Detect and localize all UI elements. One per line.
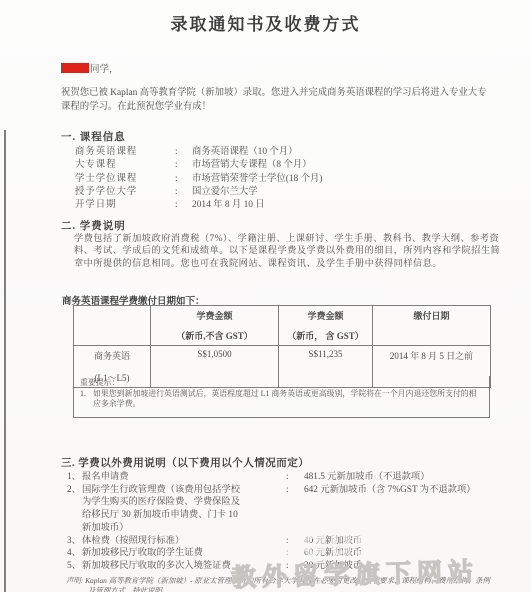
course-row-english: 商务英语课程 : 商务英语课程（10 个月） xyxy=(75,146,495,159)
course-info-list: 商务英语课程 : 商务英语课程（10 个月） 大专课程 : 市场营销大专课程（8… xyxy=(75,146,495,212)
course-row-colon: : xyxy=(175,199,192,212)
watermark-slogan-text: 教外留学旗下网站 xyxy=(231,552,480,592)
tuition-description: 学费包括了新加坡政府消费税（7%）、学籍注册、上课研讨、学生手册、教科书、教学大… xyxy=(74,232,510,269)
header-fee-incl-line2: （新币， 含 GST） xyxy=(281,329,370,342)
note-number: 1. xyxy=(80,389,93,410)
course-row-diploma: 大专课程 : 市场营销大专课程（8 个月） xyxy=(75,159,495,172)
redacted-student-name xyxy=(61,63,89,73)
scan-edge-line xyxy=(4,130,6,592)
intro-line-1: 祝贺您已被 Kaplan 高等教育学院（新加坡）录取。您进入并完成商务英语课程的… xyxy=(61,86,523,100)
course-row-value: 市场营销大专课程（8 个月） xyxy=(192,159,312,172)
course-row-colon: : xyxy=(175,186,192,199)
note-item-1: 1. 如果您到新加坡进行英语测试后，英语程度超过 L1 商务英语或更高级别，学院… xyxy=(80,389,484,410)
course-row-value: 商务英语课程（10 个月） xyxy=(192,146,297,159)
notes-title: 重要提示： xyxy=(80,378,484,389)
section-1-heading: 一. 课程信息 xyxy=(61,129,126,144)
course-row-value: 国立爱尔兰大学 xyxy=(192,186,258,199)
cell-course-line1: 商务英语 xyxy=(94,351,130,361)
fee-item-number: 4、 xyxy=(67,547,82,560)
header-due-date: 缴付日期 xyxy=(373,306,491,346)
course-row-label: 大专课程 xyxy=(75,159,175,172)
fee-item-label-line-3: 给移民厅 30 新加坡币申请费、门卡 10 xyxy=(82,509,290,522)
tuition-description-line-3: 章中所提供的信息相同。您也可在我院网站、课程资讯、及学生手册中获得同样信息。 xyxy=(74,257,510,269)
fee-item-label: 国际学生行政管理费（该费用包括学校 为学生购买的医疗保险费、学费保险及 给移民厅… xyxy=(82,484,290,535)
header-fee-incl-gst: 学费金额 （新币， 含 GST） xyxy=(279,306,373,346)
fee-item-number: 5、 xyxy=(67,560,82,573)
course-row-label: 授予学位大学 xyxy=(75,186,175,199)
course-row-colon: : xyxy=(175,173,192,186)
fee-item-label-line-1: 国际学生行政管理费（该费用包括学校 xyxy=(82,484,290,497)
fee-item-row: 1、 报名申请费 xyxy=(67,471,517,484)
fee-table-header-row: 学费金额 （新币,不含 GST） 学费金额 （新币， 含 GST） 缴付日期 xyxy=(74,306,491,346)
fee-item-label: 体检费（按照现行标准） xyxy=(82,535,290,548)
course-row-bachelor: 学士学位课程 : 市场营销荣誉学士学位(18 个月) xyxy=(75,173,495,186)
header-fee-excl-line1: 学费金额 xyxy=(196,311,232,321)
header-fee-incl-line1: 学费金额 xyxy=(307,311,343,321)
fee-item-label-line-4: 新加坡币） xyxy=(82,522,290,535)
note-text-line-2: 应多余学费。 xyxy=(93,399,477,410)
section-3-heading: 三. 学费以外费用说明（以下费用以个人情况而定） xyxy=(61,455,309,470)
course-row-label: 商务英语课程 xyxy=(75,146,175,159)
course-row-university: 授予学位大学 : 国立爱尔兰大学 xyxy=(75,186,495,199)
course-row-colon: : xyxy=(175,146,192,159)
fee-item-value: 642 元新加坡币（含 7%GST 为不退款项） xyxy=(304,484,476,497)
important-notes-box: 重要提示： 1. 如果您到新加坡进行英语测试后，英语程度超过 L1 商务英语或更… xyxy=(73,376,490,418)
fee-item-number: 2、 xyxy=(67,484,82,535)
course-row-colon: : xyxy=(175,159,192,172)
course-row-value: 2014 年 8 月 10 日 xyxy=(192,199,265,212)
fee-item-colon: : xyxy=(286,471,289,484)
intro-line-2: 课程的学习。在此预祝您学业有成！ xyxy=(61,100,523,114)
header-fee-excl-line2: （新币,不含 GST） xyxy=(153,329,276,342)
course-row-label: 学士学位课程 xyxy=(75,173,175,186)
fee-item-number: 1、 xyxy=(67,471,82,484)
document-title: 录取通知书及收费方式 xyxy=(0,10,531,35)
tuition-description-line-2: 料、考试、学成后的文凭和成绩单。以下是课程学费及学费以外费用的细目，所列内容和学… xyxy=(74,244,510,256)
course-row-start-date: 开学日期 : 2014 年 8 月 10 日 xyxy=(75,199,495,212)
fee-item-label-line-2: 为学生购买的医疗保险费、学费保险及 xyxy=(82,496,290,509)
admission-letter-page: 录取通知书及收费方式 同学， 祝贺您已被 Kaplan 高等教育学院（新加坡）录… xyxy=(0,0,531,592)
fee-item-value: 481.5 元新加坡币（不退款项） xyxy=(304,471,430,484)
note-text-line-1: 如果您到新加坡进行英语测试后，英语程度超过 L1 商务英语或更高级别，学院将在一… xyxy=(93,389,477,400)
salutation-line: 同学， xyxy=(61,61,119,75)
course-row-label: 开学日期 xyxy=(75,199,175,212)
course-row-value: 市场营销荣誉学士学位(18 个月) xyxy=(192,173,322,186)
section-2-heading: 二. 学费说明 xyxy=(61,218,126,233)
fee-item-number: 3、 xyxy=(67,535,82,548)
tuition-description-line-1: 学费包括了新加坡政府消费税（7%）、学籍注册、上课研讨、学生手册、教科书、教学大… xyxy=(74,232,510,244)
fee-item-application: 1、 报名申请费 : 481.5 元新加坡币（不退款项） xyxy=(67,471,517,484)
header-course-blank xyxy=(74,306,151,346)
intro-paragraph: 祝贺您已被 Kaplan 高等教育学院（新加坡）录取。您进入并完成商务英语课程的… xyxy=(61,86,523,114)
fee-item-label: 报名申请费 xyxy=(82,471,290,484)
salutation-suffix: 同学， xyxy=(90,65,119,75)
fee-item-colon: : xyxy=(286,484,289,497)
note-text: 如果您到新加坡进行英语测试后，英语程度超过 L1 商务英语或更高级别，学院将在一… xyxy=(93,389,477,410)
header-fee-excl-gst: 学费金额 （新币,不含 GST） xyxy=(151,306,279,346)
